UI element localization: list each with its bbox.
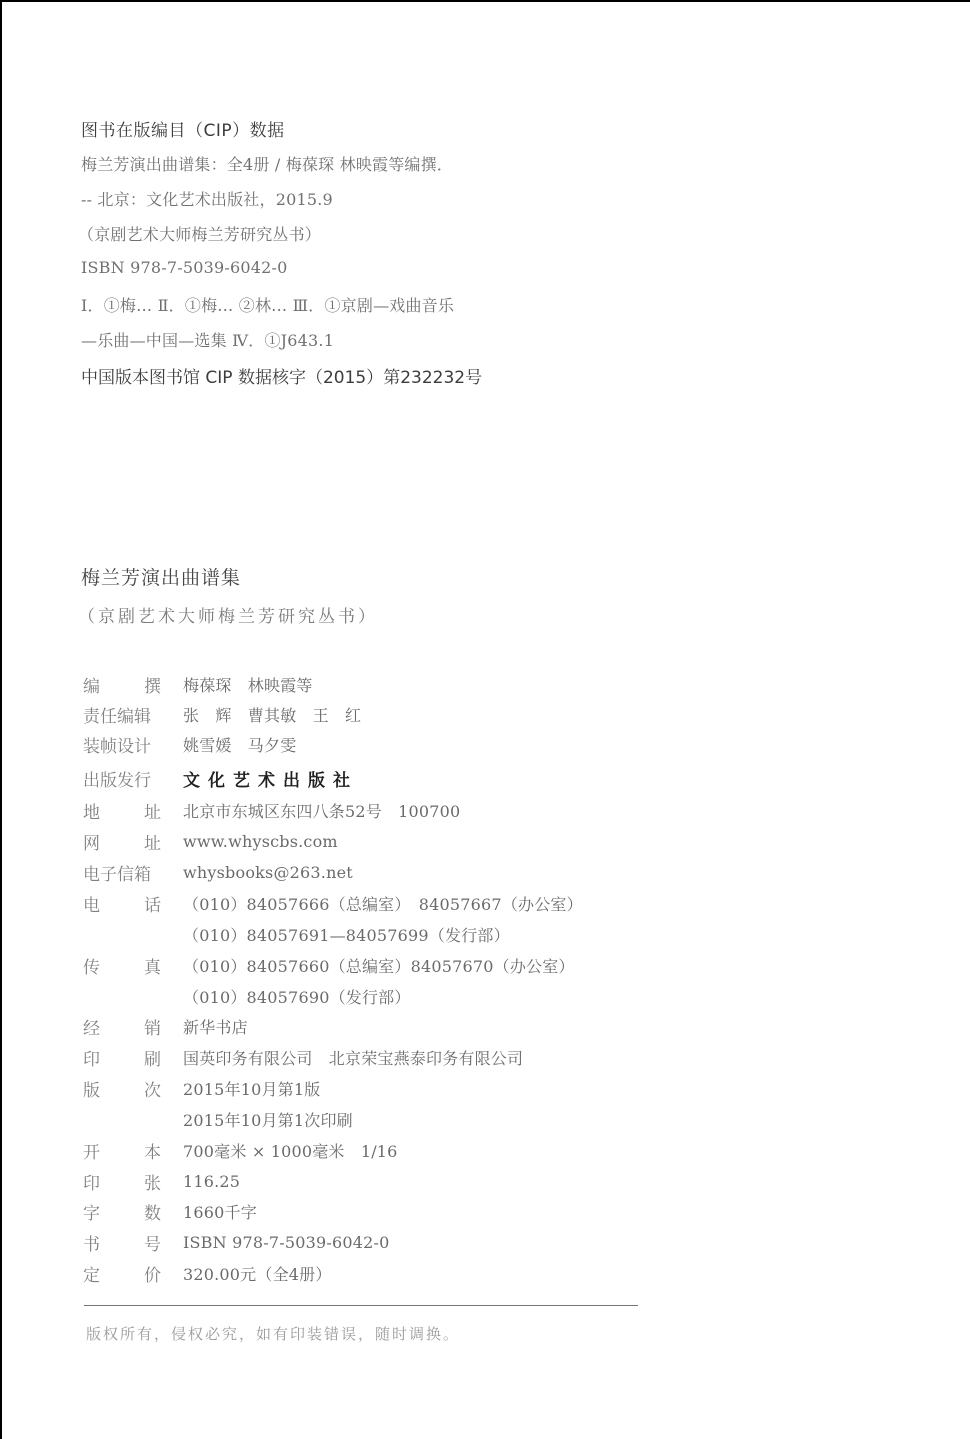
colophon-label-text: 销 (144, 1014, 161, 1039)
colophon-label: 责任编辑 (83, 702, 183, 727)
colophon-label: 字数 (83, 1199, 183, 1224)
colophon-label-text: 址 (144, 829, 161, 854)
colophon-label: 印张 (83, 1169, 183, 1194)
colophon-label: 编撰 (83, 672, 183, 697)
colophon-label-text: 地 (83, 798, 100, 823)
cip-isbn-line: ISBN 978-7-5039-6042-0 (81, 258, 288, 277)
cip-classification-line-2: —乐曲—中国—选集 Ⅳ．①J643.1 (81, 328, 334, 351)
colophon-label-text: 开 (83, 1138, 100, 1163)
colophon-value: 北京市东城区东四八条52号 100700 (183, 799, 460, 822)
colophon-value: （010）84057660（总编室）84057670（办公室） (183, 954, 575, 977)
colophon-label-text: 网 (83, 829, 100, 854)
colophon-label: 版次 (83, 1076, 183, 1101)
colophon-label: 出版发行 (83, 766, 183, 791)
colophon-value: 张 辉 曹其敏 王 红 (183, 703, 361, 726)
colophon-row: （010）84057691—84057699（发行部） (83, 920, 510, 948)
colophon-label-text: 真 (144, 953, 161, 978)
colophon-row: 电子信箱whysbooks@263.net (83, 858, 353, 886)
colophon-value: 新华书店 (183, 1015, 248, 1038)
colophon-value: www.whyscbs.com (183, 832, 338, 851)
colophon-label-text: 装帧设计 (83, 732, 151, 757)
colophon-row: 印刷国英印务有限公司 北京荣宝燕泰印务有限公司 (83, 1043, 523, 1071)
colophon-value: whysbooks@263.net (183, 863, 353, 882)
colophon-row: 开本700毫米 × 1000毫米 1/16 (83, 1136, 398, 1164)
colophon-row: 传真（010）84057660（总编室）84057670（办公室） (83, 951, 575, 979)
colophon-row: 版次2015年10月第1版 (83, 1074, 320, 1102)
colophon-row: 书号ISBN 978-7-5039-6042-0 (83, 1228, 390, 1256)
colophon-label: 开本 (83, 1138, 183, 1163)
colophon-row: 定价320.00元（全4册） (83, 1259, 332, 1287)
footer-divider (84, 1305, 638, 1306)
colophon-value: （010）84057690（发行部） (183, 985, 411, 1008)
colophon-label-text: 出版发行 (83, 766, 151, 791)
colophon-label-text: 经 (83, 1014, 100, 1039)
colophon-label-text: 数 (144, 1199, 161, 1224)
colophon-label-text: 本 (144, 1138, 161, 1163)
colophon-label: 装帧设计 (83, 732, 183, 757)
colophon-value: （010）84057691—84057699（发行部） (183, 923, 510, 946)
colophon-label: 定价 (83, 1261, 183, 1286)
colophon-row: 2015年10月第1次印刷 (83, 1105, 353, 1133)
colophon-row: 网址www.whyscbs.com (83, 827, 338, 855)
colophon-label: 印刷 (83, 1045, 183, 1070)
colophon-label-text: 版 (83, 1076, 100, 1101)
colophon-label-text: 印 (83, 1169, 100, 1194)
colophon-label: 网址 (83, 829, 183, 854)
colophon-row: 装帧设计姚雪媛 马夕雯 (83, 730, 296, 758)
colophon-label-text: 字 (83, 1199, 100, 1224)
colophon-row: 印张116.25 (83, 1167, 240, 1195)
cip-heading: 图书在版编目（CIP）数据 (81, 116, 285, 141)
colophon-label-text: 电 (83, 891, 100, 916)
colophon-label-text: 电子信箱 (83, 860, 151, 885)
colophon-value: 320.00元（全4册） (183, 1262, 332, 1285)
book-series: （京剧艺术大师梅兰芳研究丛书） (78, 602, 378, 627)
colophon-label: 经销 (83, 1014, 183, 1039)
colophon-value: 国英印务有限公司 北京荣宝燕泰印务有限公司 (183, 1046, 523, 1069)
colophon-row: 字数1660千字 (83, 1197, 257, 1225)
colophon-value: 梅葆琛 林映霞等 (183, 673, 313, 696)
colophon-value: ISBN 978-7-5039-6042-0 (183, 1233, 390, 1252)
cip-approval-number: 中国版本图书馆 CIP 数据核字（2015）第232232号 (81, 363, 482, 388)
cip-series-line: （京剧艺术大师梅兰芳研究丛书） (78, 222, 321, 245)
book-title: 梅兰芳演出曲谱集 (81, 563, 241, 590)
colophon-label-text: 传 (83, 953, 100, 978)
colophon-value: 116.25 (183, 1172, 240, 1191)
colophon-label: 电话 (83, 891, 183, 916)
cip-classification-line-1: Ⅰ．①梅… Ⅱ．①梅… ②林… Ⅲ．①京剧—戏曲音乐 (81, 293, 454, 316)
colophon-label-text: 定 (83, 1261, 100, 1286)
colophon-label: 地址 (83, 798, 183, 823)
colophon-label-text: 责任编辑 (83, 702, 151, 727)
colophon-label-text: 址 (144, 798, 161, 823)
colophon-label-text: 张 (144, 1169, 161, 1194)
colophon-row: 地址北京市东城区东四八条52号 100700 (83, 796, 460, 824)
colophon-value: 700毫米 × 1000毫米 1/16 (183, 1139, 398, 1162)
colophon-value: 2015年10月第1版 (183, 1077, 320, 1100)
colophon-row: （010）84057690（发行部） (83, 982, 411, 1010)
colophon-row: 出版发行文化艺术出版社 (83, 764, 358, 792)
colophon-label-text: 印 (83, 1045, 100, 1070)
colophon-label: 书号 (83, 1230, 183, 1255)
colophon-label-text: 书 (83, 1230, 100, 1255)
colophon-label: 电子信箱 (83, 860, 183, 885)
colophon-label-text: 刷 (144, 1045, 161, 1070)
colophon-label-text: 价 (144, 1261, 161, 1286)
colophon-value: （010）84057666（总编室） 84057667（办公室） (183, 892, 583, 915)
colophon-label: 传真 (83, 953, 183, 978)
colophon-label-text: 号 (144, 1230, 161, 1255)
colophon-row: 经销新华书店 (83, 1012, 248, 1040)
colophon-label-text: 次 (144, 1076, 161, 1101)
publisher-logo: 文化艺术出版社 (183, 766, 358, 791)
cip-title-line: 梅兰芳演出曲谱集：全4册 / 梅葆琛 林映霞等编撰． (81, 152, 453, 175)
copyright-note: 版权所有，侵权必究，如有印装错误，随时调换。 (86, 1323, 460, 1344)
colophon-label-text: 编 (83, 672, 100, 697)
colophon-value: 姚雪媛 马夕雯 (183, 733, 296, 756)
colophon-row: 责任编辑张 辉 曹其敏 王 红 (83, 700, 361, 728)
colophon-row: 编撰梅葆琛 林映霞等 (83, 670, 313, 698)
colophon-label-text: 撰 (144, 672, 161, 697)
colophon-label-text: 话 (144, 891, 161, 916)
colophon-value: 2015年10月第1次印刷 (183, 1108, 353, 1131)
colophon-value: 1660千字 (183, 1200, 257, 1223)
colophon-row: 电话（010）84057666（总编室） 84057667（办公室） (83, 889, 583, 917)
cip-publisher-line: -- 北京：文化艺术出版社，2015.9 (81, 187, 333, 210)
